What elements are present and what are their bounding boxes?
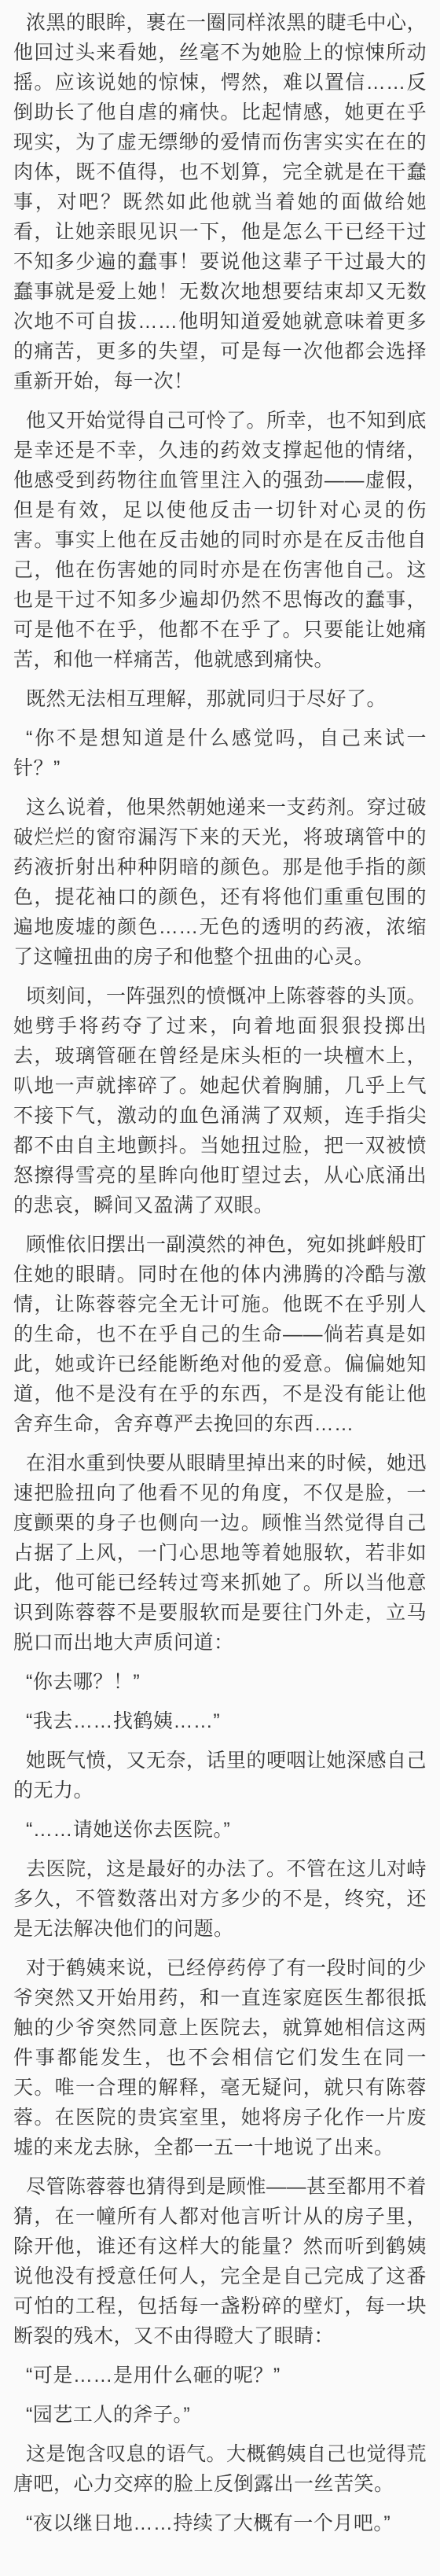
dialogue-paragraph: “夜以继日地……持续了大概有一个月吧。” bbox=[13, 2508, 427, 2538]
paragraph: 这是饱含叹息的语气。大概鹤姨自己也觉得荒唐吧，心力交瘁的脸上反倒露出一丝苦笑。 bbox=[13, 2439, 427, 2499]
paragraph: 既然无法相互理解，那就同归于尽好了。 bbox=[13, 684, 427, 714]
paragraph: 在泪水重到快要从眼睛里掉出来的时候，她迅速把脸扭向了他看不见的角度，不仅是脸，一… bbox=[13, 1448, 427, 1658]
paragraph: 顾惟依旧摆出一副漠然的神色，宛如挑衅般盯住她的眼睛。同时在他的体内沸腾的冷酷与激… bbox=[13, 1230, 427, 1439]
paragraph: 顷刻间，一阵强烈的愤慨冲上陈蓉蓉的头顶。她劈手将药夺了过来，向着地面狠狠投掷出去… bbox=[13, 981, 427, 1220]
paragraph: 对于鹤姨来说，已经停药停了有一段时间的少爷突然又开始用药，和一直连家庭医生都很抵… bbox=[13, 1953, 427, 2162]
paragraph: 去医院，这是最好的办法了。不管在这儿对峙多久，不管数落出对方多少的不是，终究，还… bbox=[13, 1854, 427, 1944]
paragraph: 这么说着，他果然朝她递来一支药剂。穿过破破烂烂的窗帘漏泻下来的天光，将玻璃管中的… bbox=[13, 793, 427, 972]
dialogue-paragraph: “你去哪？！” bbox=[13, 1667, 427, 1697]
reader-page: 浓黑的眼眸，裹在一圈同样浓黑的睫毛中心，他回过头来看她，丝毫不为她脸上的惊悚所动… bbox=[0, 0, 440, 2576]
paragraph: 她既气愤，又无奈，话里的哽咽让她深感自己的无力。 bbox=[13, 1746, 427, 1805]
paragraph: 浓黑的眼眸，裹在一圈同样浓黑的睫毛中心，他回过头来看她，丝毫不为她脸上的惊悚所动… bbox=[13, 8, 427, 396]
paragraph: 他又开始觉得自己可怜了。所幸，也不知到底是幸还是不幸，久违的药效支撑起他的情绪，… bbox=[13, 406, 427, 675]
dialogue-paragraph: “可是……是用什么砸的呢？” bbox=[13, 2361, 427, 2390]
dialogue-paragraph: “你不是想知道是什么感觉吗，自己来试一针？” bbox=[13, 723, 427, 783]
dialogue-paragraph: “我去……找鹤姨……” bbox=[13, 1706, 427, 1736]
dialogue-paragraph: “园艺工人的斧子。” bbox=[13, 2400, 427, 2430]
dialogue-paragraph: “……请她送你去医院。” bbox=[13, 1815, 427, 1845]
paragraph: 尽管陈蓉蓉也猜得到是顾惟——甚至都用不着猜，在一幢所有人都对他言听计从的房子里，… bbox=[13, 2172, 427, 2351]
